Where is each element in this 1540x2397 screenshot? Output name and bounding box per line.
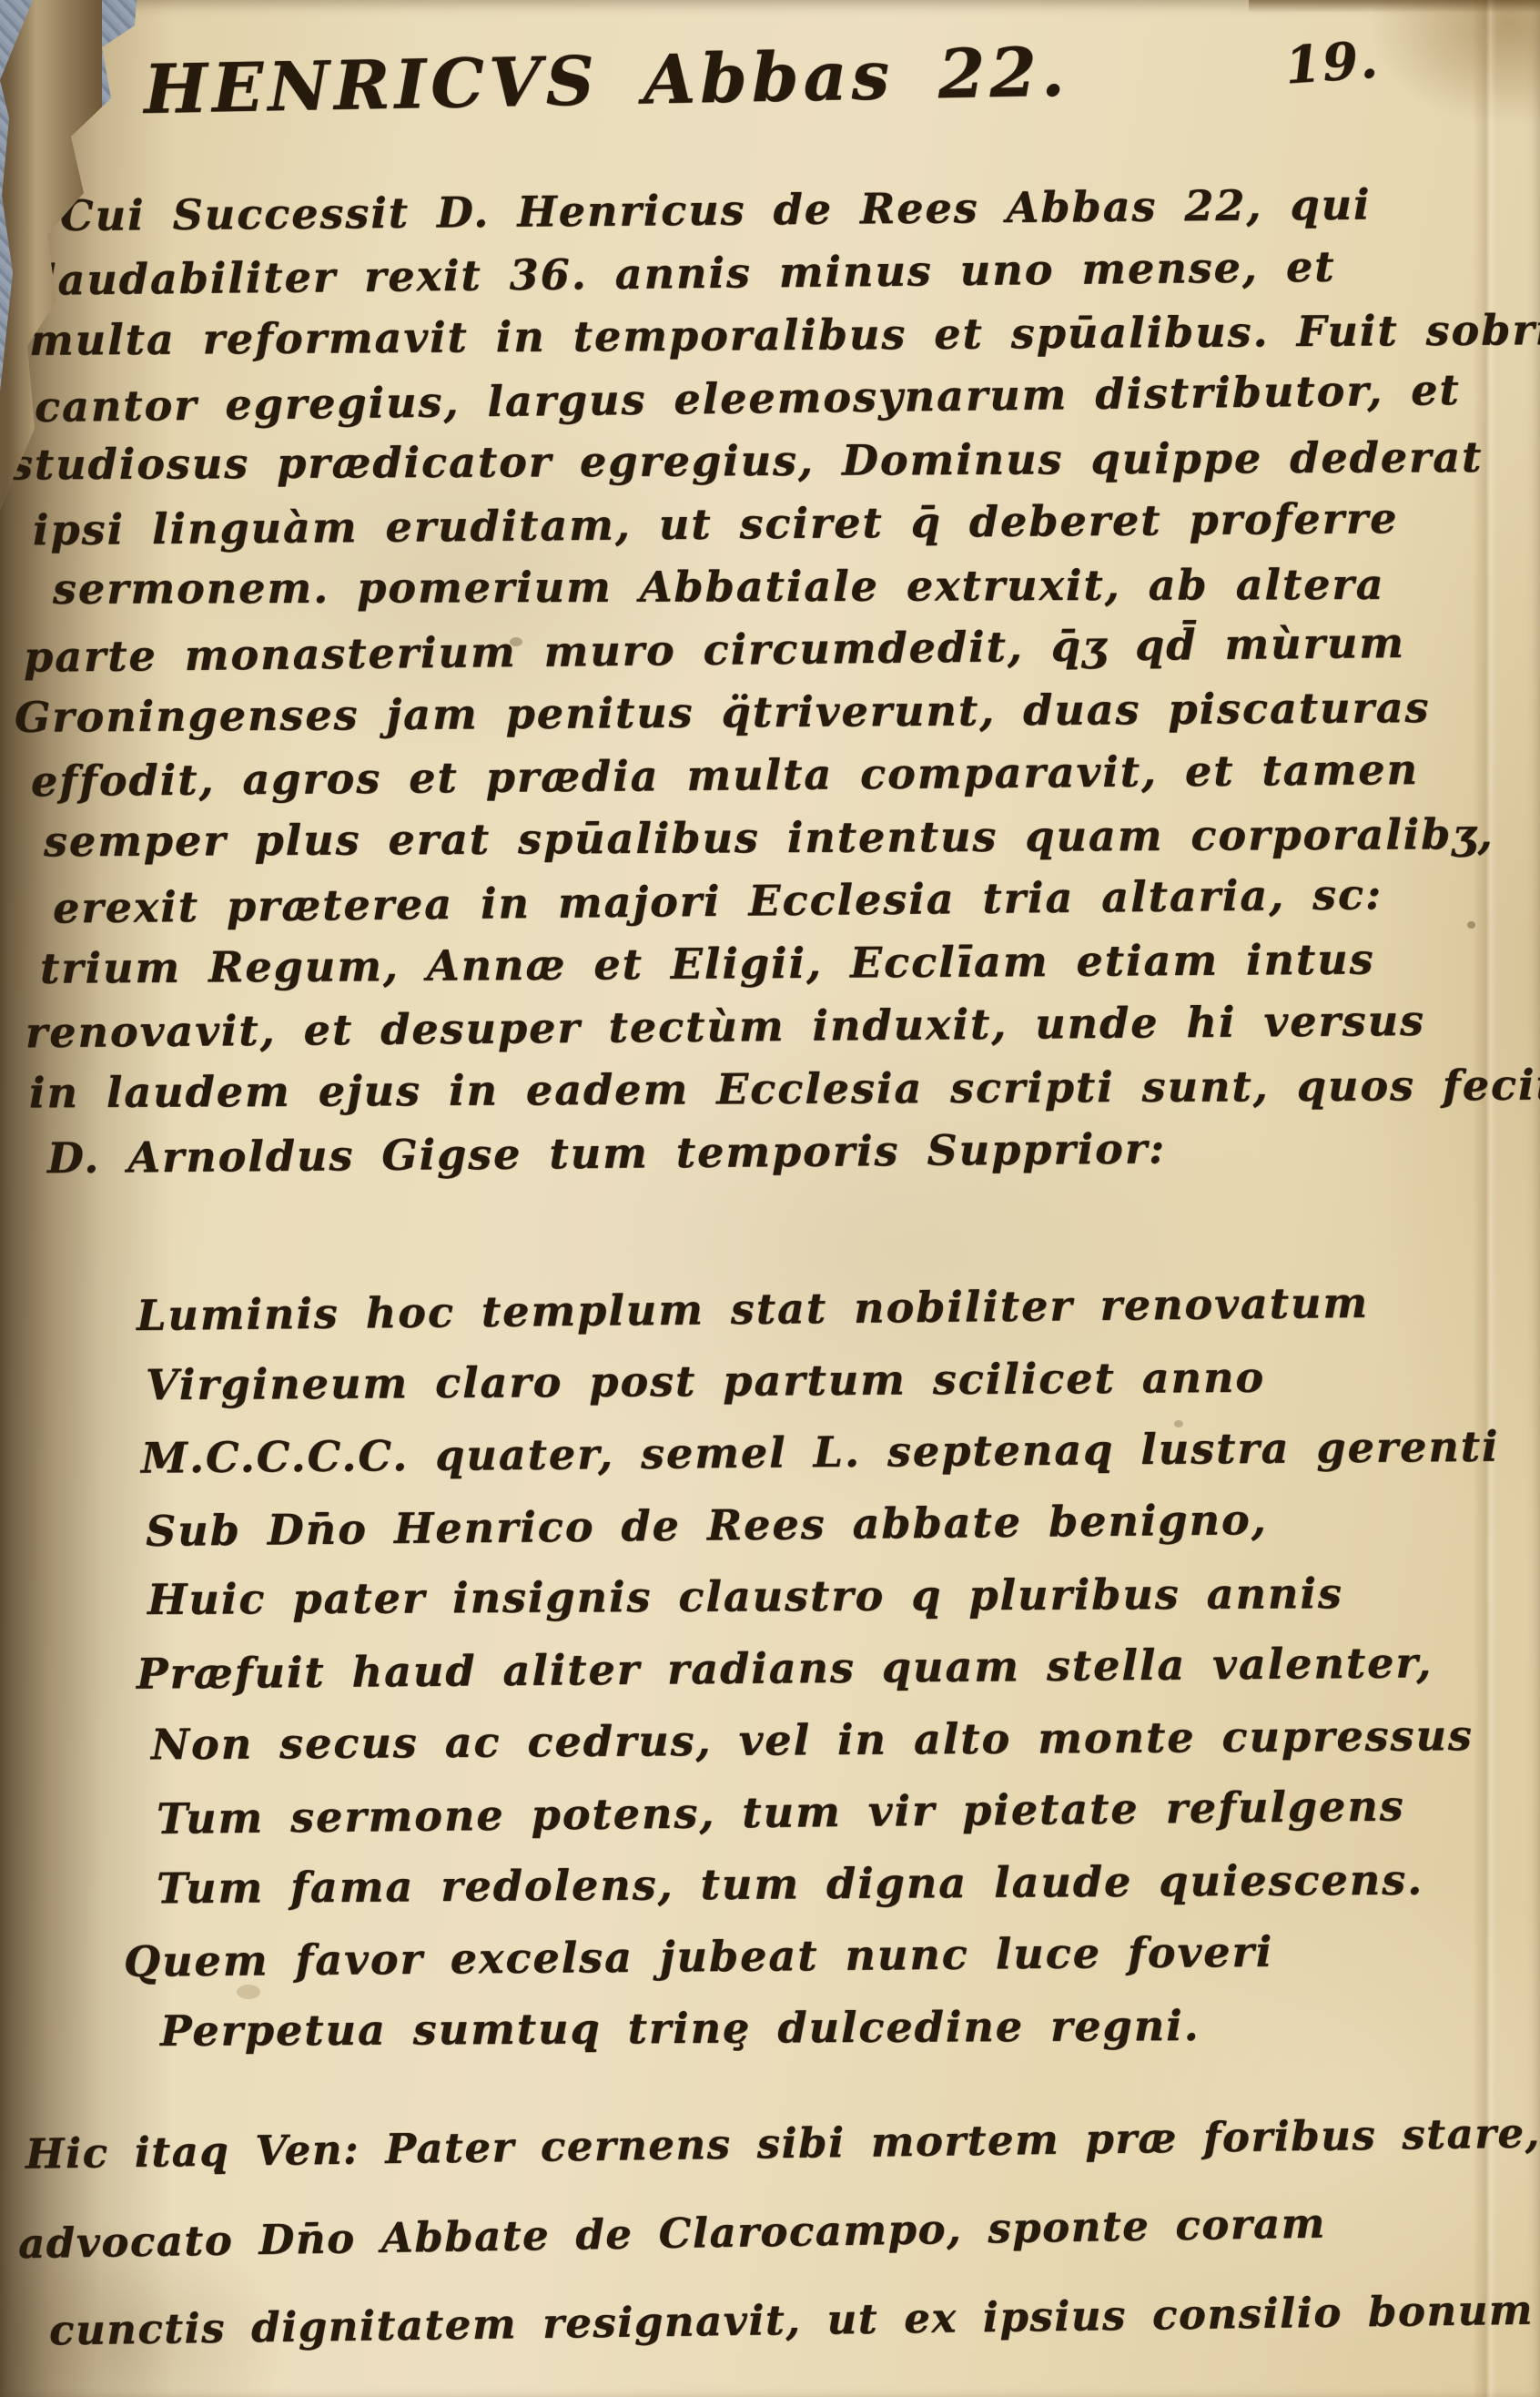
folio-page-number: 19.	[1283, 29, 1382, 96]
verse-line: Quem favor excelsa jubeat nunc luce fove…	[124, 1914, 1521, 1997]
manuscript-photo: { "page_meta": { "title_heading": "HENRI…	[0, 0, 1540, 2397]
paragraph-1: Cui Successit D. Henricus de Rees Abbas …	[40, 178, 1533, 1183]
text-line: renovavit, et desuper tectùm induxit, un…	[25, 989, 1534, 1064]
paragraph-2: Hic itaq̨ Ven: Pater cernens sibi mortem…	[25, 2099, 1536, 2364]
manuscript-page: HENRICVS Abbas 22. 19. Cui Successit D. …	[0, 0, 1540, 2397]
page-title: HENRICVS Abbas 22.	[143, 29, 1282, 129]
verse-line: M.C.C.C.C. quater, semel L. septenaq̨ lu…	[141, 1410, 1521, 1494]
verse-line: Præfuit haud aliter radians quam stella …	[137, 1626, 1521, 1710]
verse-line: Sub Dn̄o Henrico de Rees abbate benigno,	[146, 1481, 1521, 1568]
text-line: ipsi linguàm eruditam, ut sciret q̄ debe…	[33, 486, 1534, 562]
text-line: effodit, agros et prædia multa comparavi…	[31, 737, 1534, 813]
text-line: sermonem. pomerium Abbatiale extruxit, a…	[53, 553, 1533, 621]
text-line: studiosus prædicator egregius, Dominus q…	[9, 426, 1533, 497]
top-edge-shadow	[1249, 0, 1540, 13]
text-line: trium Regum, Annæ et Eligii, Ecclīam eti…	[40, 927, 1533, 1000]
verse-block: Luminis hoc templum stat nobiliter renov…	[137, 1273, 1520, 2064]
verse-line: Huic pater insignis claustro q̨ pluribus…	[147, 1557, 1520, 1636]
verse-line: Tum sermone potens, tum vir pietate refu…	[157, 1769, 1521, 1855]
text-line: in laudem ejus in eadem Ecclesia scripti…	[29, 1054, 1533, 1125]
verse-line: Tum fama redolens, tum digna laude quies…	[157, 1843, 1521, 1925]
verse-line: Perpetua sumtuq̨ trinȩ dulcedine regni.	[160, 1988, 1520, 2067]
verse-line: Virgineum claro post partum scilicet ann…	[146, 1340, 1521, 1422]
verse-line: Luminis hoc templum stat nobiliter renov…	[137, 1265, 1521, 1352]
text-line: D. Arnoldus Gigse tum temporis Supprior:	[47, 1114, 1534, 1190]
text-line: semper plus erat spūalibus intentus quam…	[44, 803, 1533, 874]
verse-line: Non secus ac cedrus, vel in alto monte c…	[151, 1700, 1521, 1781]
text-line: Groningenses jam penitus q̈triverunt, du…	[15, 675, 1533, 749]
